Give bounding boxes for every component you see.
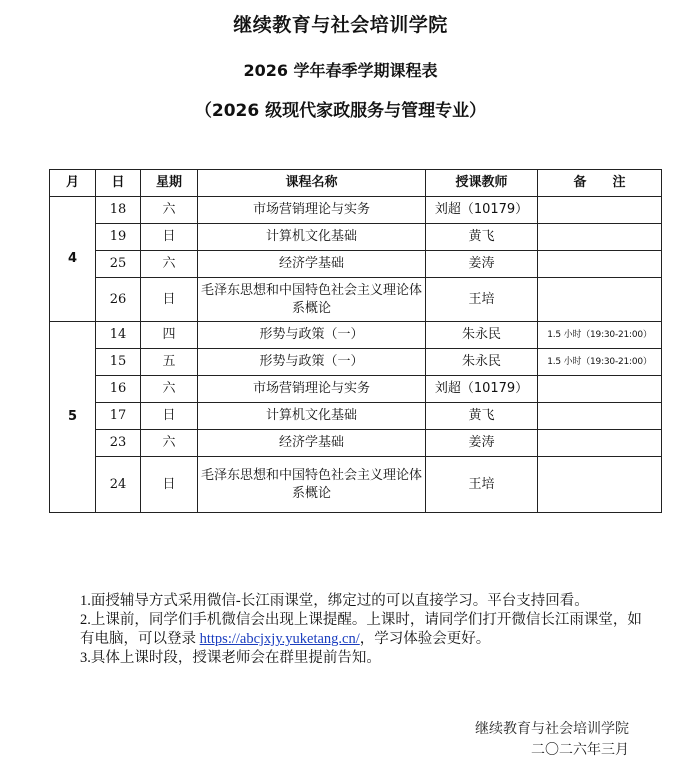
teacher-cell: 刘超（10179） <box>426 197 538 224</box>
table-row: 15 五 形势与政策（一） 朱永民 1.5 小时（19:30-21:00） <box>50 349 662 376</box>
col-header-day: 日 <box>96 170 141 197</box>
course-schedule-table: 月 日 星期 课程名称 授课教师 备 注 4 18 六 市场营销理论与实务 刘超… <box>49 169 662 513</box>
table-row: 23 六 经济学基础 姜涛 <box>50 430 662 457</box>
weekday-cell: 日 <box>141 457 198 513</box>
note-cell <box>538 278 662 322</box>
table-row: 19 日 计算机文化基础 黄飞 <box>50 224 662 251</box>
teacher-cell: 王培 <box>426 278 538 322</box>
teacher-cell: 朱永民 <box>426 322 538 349</box>
table-row: 17 日 计算机文化基础 黄飞 <box>50 403 662 430</box>
col-header-note: 备 注 <box>538 170 662 197</box>
signature-date: 二〇二六年三月 <box>531 739 629 759</box>
course-cell: 市场营销理论与实务 <box>198 197 426 224</box>
month-cell: 5 <box>50 322 96 513</box>
day-cell: 15 <box>96 349 141 376</box>
course-cell: 形势与政策（一） <box>198 322 426 349</box>
day-cell: 24 <box>96 457 141 513</box>
table-row: 4 18 六 市场营销理论与实务 刘超（10179） <box>50 197 662 224</box>
course-cell: 市场营销理论与实务 <box>198 376 426 403</box>
weekday-cell: 日 <box>141 278 198 322</box>
note-cell <box>538 376 662 403</box>
weekday-cell: 六 <box>141 430 198 457</box>
col-header-course: 课程名称 <box>198 170 426 197</box>
course-cell: 形势与政策（一） <box>198 349 426 376</box>
col-header-weekday: 星期 <box>141 170 198 197</box>
month-cell: 4 <box>50 197 96 322</box>
weekday-cell: 六 <box>141 251 198 278</box>
table-header-row: 月 日 星期 课程名称 授课教师 备 注 <box>50 170 662 197</box>
day-cell: 23 <box>96 430 141 457</box>
table-row: 24 日 毛泽东思想和中国特色社会主义理论体系概论 王培 <box>50 457 662 513</box>
program-subtitle: （2026 级现代家政服务与管理专业） <box>0 96 681 121</box>
course-cell: 经济学基础 <box>198 430 426 457</box>
table-row: 25 六 经济学基础 姜涛 <box>50 251 662 278</box>
course-cell: 计算机文化基础 <box>198 403 426 430</box>
table-row: 5 14 四 形势与政策（一） 朱永民 1.5 小时（19:30-21:00） <box>50 322 662 349</box>
weekday-cell: 日 <box>141 224 198 251</box>
note-cell: 1.5 小时（19:30-21:00） <box>538 322 662 349</box>
col-header-teacher: 授课教师 <box>426 170 538 197</box>
weekday-cell: 六 <box>141 376 198 403</box>
course-cell: 毛泽东思想和中国特色社会主义理论体系概论 <box>198 278 426 322</box>
course-cell: 经济学基础 <box>198 251 426 278</box>
note-cell <box>538 251 662 278</box>
teacher-cell: 姜涛 <box>426 430 538 457</box>
yuketang-link[interactable]: https://abcjxjy.yuketang.cn/ <box>200 631 360 647</box>
teacher-cell: 黄飞 <box>426 224 538 251</box>
notes-section: 1.面授辅导方式采用微信-长江雨课堂，绑定过的可以直接学习。平台支持回看。 2.… <box>80 592 650 668</box>
teacher-cell: 黄飞 <box>426 403 538 430</box>
note-cell: 1.5 小时（19:30-21:00） <box>538 349 662 376</box>
weekday-cell: 日 <box>141 403 198 430</box>
institution-title: 继续教育与社会培训学院 <box>0 10 681 37</box>
day-cell: 16 <box>96 376 141 403</box>
day-cell: 25 <box>96 251 141 278</box>
teacher-cell: 王培 <box>426 457 538 513</box>
note-cell <box>538 403 662 430</box>
table-row: 16 六 市场营销理论与实务 刘超（10179） <box>50 376 662 403</box>
day-cell: 18 <box>96 197 141 224</box>
col-header-month: 月 <box>50 170 96 197</box>
note-line-1: 1.面授辅导方式采用微信-长江雨课堂，绑定过的可以直接学习。平台支持回看。 <box>80 592 650 611</box>
table-row: 26 日 毛泽东思想和中国特色社会主义理论体系概论 王培 <box>50 278 662 322</box>
note-cell <box>538 430 662 457</box>
schedule-title: 2026 学年春季学期课程表 <box>0 58 681 81</box>
note-cell <box>538 197 662 224</box>
weekday-cell: 六 <box>141 197 198 224</box>
note-cell <box>538 224 662 251</box>
note-line-2-tail: ，学习体验会更好。 <box>360 631 491 647</box>
course-cell: 毛泽东思想和中国特色社会主义理论体系概论 <box>198 457 426 513</box>
course-cell: 计算机文化基础 <box>198 224 426 251</box>
weekday-cell: 五 <box>141 349 198 376</box>
weekday-cell: 四 <box>141 322 198 349</box>
teacher-cell: 朱永民 <box>426 349 538 376</box>
day-cell: 17 <box>96 403 141 430</box>
day-cell: 26 <box>96 278 141 322</box>
note-cell <box>538 457 662 513</box>
day-cell: 19 <box>96 224 141 251</box>
teacher-cell: 姜涛 <box>426 251 538 278</box>
teacher-cell: 刘超（10179） <box>426 376 538 403</box>
signature-institution: 继续教育与社会培训学院 <box>475 718 629 738</box>
note-line-3: 3.具体上课时段，授课老师会在群里提前告知。 <box>80 649 650 668</box>
note-line-2: 2.上课前，同学们手机微信会出现上课提醒。上课时，请同学们打开微信长江雨课堂，如… <box>80 611 650 649</box>
day-cell: 14 <box>96 322 141 349</box>
